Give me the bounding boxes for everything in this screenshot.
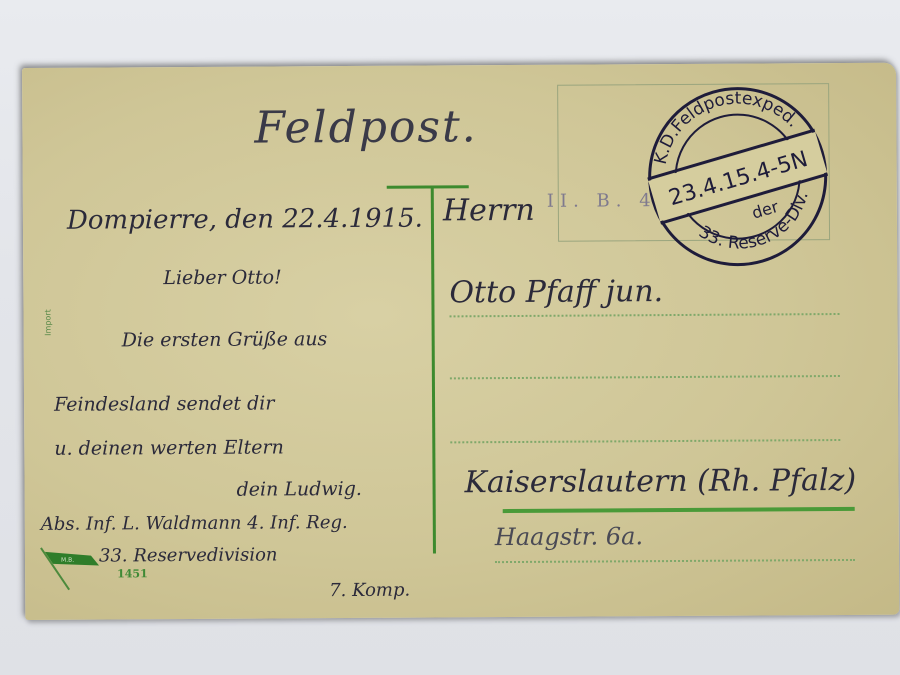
address-line-4 xyxy=(495,559,855,563)
signature: dein Ludwig. xyxy=(237,478,362,501)
sender-line-2: 33. Reservedivision xyxy=(99,544,278,566)
address-line-2 xyxy=(450,375,840,379)
address-line-3 xyxy=(450,439,840,443)
import-mark: Import xyxy=(43,309,52,336)
postmark-icon: K.D.Feldpostexped. 23.4.15.4-5N der 33. … xyxy=(642,81,833,272)
message-line-2: Feindesland sendet dir xyxy=(54,392,274,415)
address-line-1 xyxy=(450,313,840,317)
address-city: Kaiserslautern (Rh. Pfalz) xyxy=(464,463,856,500)
place-date: Dompierre, den 22.4.1915. xyxy=(67,204,423,236)
postcard-heading: Feldpost. xyxy=(254,101,478,153)
address-underline xyxy=(503,507,855,513)
postmark-middle: der xyxy=(750,197,781,223)
message-line-1: Die ersten Grüße aus xyxy=(122,328,328,351)
faded-stamp: II. B. 4 xyxy=(547,190,657,212)
svg-text:M.B.: M.B. xyxy=(61,557,74,564)
sender-line-3: 7. Komp. xyxy=(329,580,410,601)
address-name: Otto Pfaff jun. xyxy=(449,274,663,310)
salutation: Lieber Otto! xyxy=(163,266,282,289)
address-salutation: Herrn xyxy=(443,193,535,229)
publisher-flag-icon: M.B. xyxy=(39,545,109,595)
message-line-3: u. deinen werten Eltern xyxy=(54,436,284,459)
postcard: Feldpost. Import Dompierre, den 22.4.191… xyxy=(22,63,899,620)
address-street: Haagstr. 6a. xyxy=(495,522,643,551)
sender-line-1: Abs. Inf. L. Waldmann 4. Inf. Reg. xyxy=(41,512,348,535)
divider-top-bar xyxy=(387,185,469,189)
publisher-code: 1451 xyxy=(117,567,148,580)
divider-vertical-line xyxy=(431,187,436,553)
